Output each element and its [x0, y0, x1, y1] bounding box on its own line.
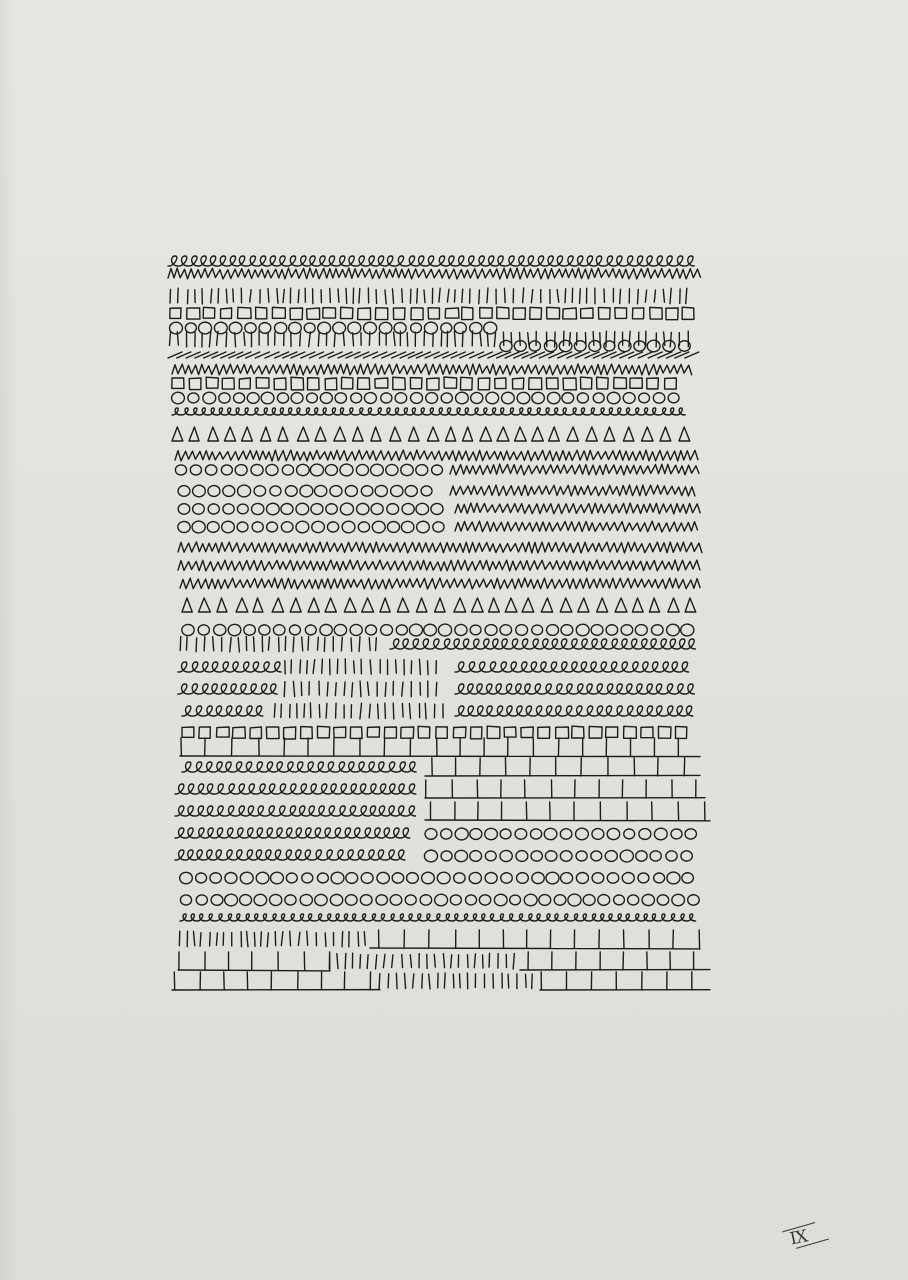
ink-strokes — [168, 256, 710, 990]
sketchbook-page: IX — [0, 0, 908, 1280]
ink-pattern-drawing — [0, 0, 908, 1280]
page-number: IX — [788, 1226, 809, 1249]
